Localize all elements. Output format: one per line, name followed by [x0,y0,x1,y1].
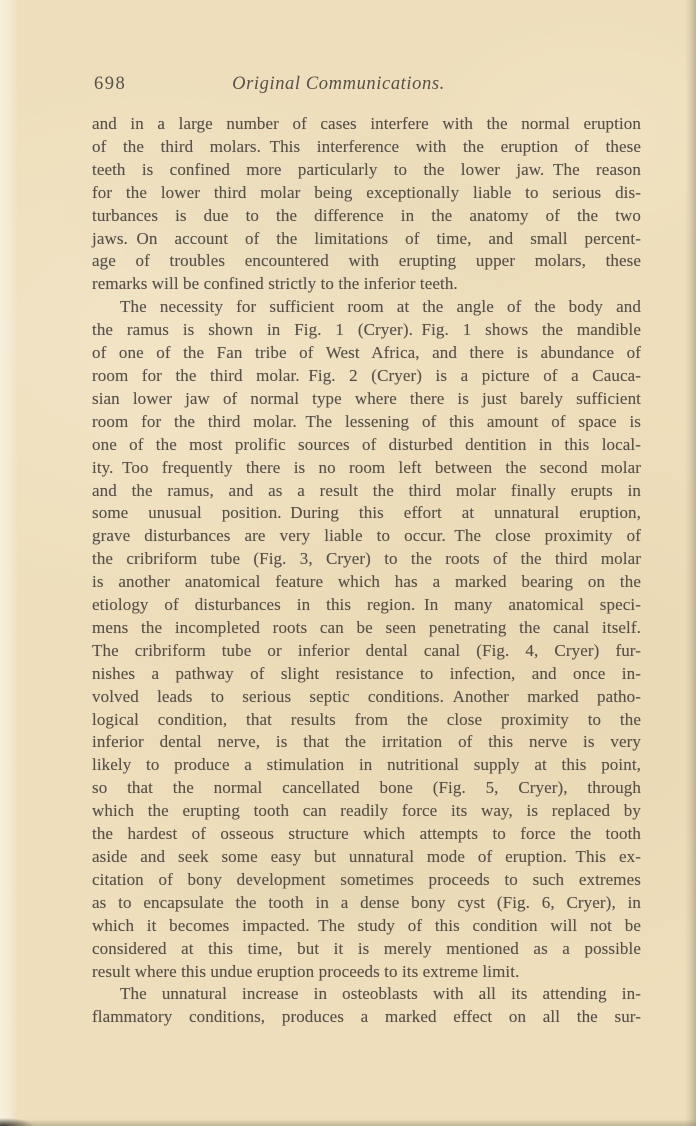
text-line: which it becomes impacted. The study of … [92,915,641,938]
text-line: for the lower third molar being exceptio… [92,182,641,205]
page-bottom-edge [0,1119,696,1126]
text-line: turbances is due to the difference in th… [92,205,641,228]
text-line: which the erupting tooth can readily for… [92,800,641,823]
text-line: citation of bony development sometimes p… [92,869,641,892]
text-line: The cribriform tube or inferior dental c… [92,640,641,663]
text-line: etiology of disturbances in this region.… [92,594,641,617]
page-header: 698 Original Communications. [92,74,641,100]
text-line: The necessity for sufficient room at the… [92,296,641,319]
text-line: flammatory conditions, produces a marked… [92,1006,641,1029]
text-line: aside and seek some easy but unnatural m… [92,846,641,869]
text-line: mens the incompleted roots can be seen p… [92,617,641,640]
text-line: nishes a pathway of slight resistance to… [92,663,641,686]
text-line: and in a large number of cases interfere… [92,113,641,136]
text-line: inferior dental nerve, is that the irrit… [92,731,641,754]
paragraph: The necessity for sufficient room at the… [92,296,641,983]
text-line: teeth is confined more particularly to t… [92,159,641,182]
text-line: remarks will be confined strictly to the… [92,273,641,296]
text-line: grave disturbances are very liable to oc… [92,525,641,548]
text-line: likely to produce a stimulation in nutri… [92,754,641,777]
text-line: and the ramus, and as a result the third… [92,480,641,503]
text-line: the hardest of osseous structure which a… [92,823,641,846]
text-line: room for the third molar. Fig. 2 (Cryer)… [92,365,641,388]
page-number: 698 [94,74,126,95]
text-line: of the third molars. This interference w… [92,136,641,159]
page-left-edge [0,0,18,1126]
running-title: Original Communications. [92,74,641,95]
text-line: result where this undue eruption proceed… [92,961,641,984]
scan-corner-artifact [0,1118,34,1126]
text-line: sian lower jaw of normal type where ther… [92,388,641,411]
text-line: the cribriform tube (Fig. 3, Cryer) to t… [92,548,641,571]
text-line: considered at this time, but it is merel… [92,938,641,961]
paragraph: and in a large number of cases interfere… [92,113,641,296]
page-body: and in a large number of cases interfere… [92,113,641,1029]
text-line: The unnatural increase in osteoblasts wi… [92,983,641,1006]
text-line: age of troubles encountered with eruptin… [92,250,641,273]
text-line: so that the normal cancellated bone (Fig… [92,777,641,800]
text-line: of one of the Fan tribe of West Africa, … [92,342,641,365]
page-right-edge [685,0,696,1126]
text-line: is another anatomical feature which has … [92,571,641,594]
text-line: room for the third molar. The lessening … [92,411,641,434]
text-line: some unusual position. During this effor… [92,502,641,525]
text-line: volved leads to serious septic condition… [92,686,641,709]
paragraph: The unnatural increase in osteoblasts wi… [92,983,641,1029]
text-line: ity. Too frequently there is no room lef… [92,457,641,480]
text-line: the ramus is shown in Fig. 1 (Cryer). Fi… [92,319,641,342]
text-line: jaws. On account of the limitations of t… [92,228,641,251]
text-line: logical condition, that results from the… [92,709,641,732]
text-line: as to encapsulate the tooth in a dense b… [92,892,641,915]
scanned-page: 698 Original Communications. and in a la… [0,0,696,1126]
text-line: one of the most prolific sources of dist… [92,434,641,457]
